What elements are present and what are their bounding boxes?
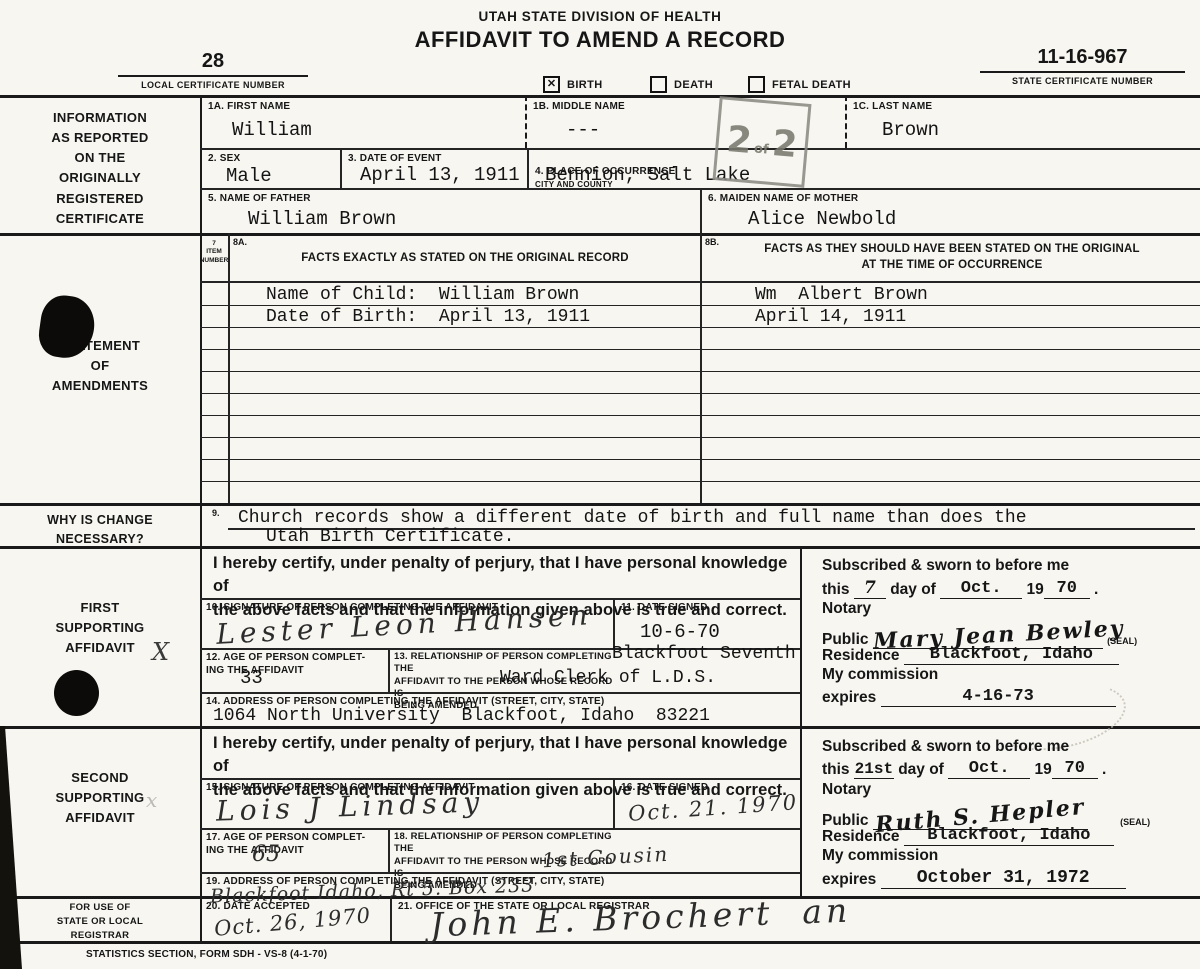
amendment-row: Name of Child: William Brown Wm Albert B… bbox=[200, 283, 1200, 306]
year-value: 70 bbox=[1057, 579, 1077, 598]
divider bbox=[0, 233, 1200, 236]
amendment-row bbox=[200, 459, 1200, 482]
residence-line: Residence Blackfoot, Idaho bbox=[822, 826, 1114, 846]
last-name-value: Brown bbox=[882, 119, 939, 141]
col-8a-header: FACTS EXACTLY AS STATED ON THE ORIGINAL … bbox=[240, 251, 690, 267]
residence-value: Blackfoot, Idaho bbox=[930, 645, 1093, 664]
section-label-amendments: STATEMENT OF AMENDMENTS bbox=[0, 336, 200, 396]
corrected-fact: April 14, 1911 bbox=[755, 307, 906, 327]
relationship-value-line1: Blackfoot Seventh bbox=[612, 644, 796, 664]
date-signed-label: 11. DATE SIGNED bbox=[621, 601, 708, 614]
expires-value: October 31, 1972 bbox=[917, 868, 1090, 888]
divider bbox=[200, 148, 1200, 150]
residence-blank: Blackfoot, Idaho bbox=[904, 645, 1119, 665]
residence-blank: Blackfoot, Idaho bbox=[904, 826, 1114, 846]
sex-value: Male bbox=[226, 165, 272, 187]
relationship-value-line2: Ward Clerk of L.D.S. bbox=[500, 668, 716, 688]
section-label-second-affidavit: SECOND SUPPORTING AFFIDAVIT bbox=[0, 768, 200, 828]
year-blank: 70 bbox=[1052, 759, 1098, 779]
residence-value: Blackfoot, Idaho bbox=[927, 826, 1090, 845]
divider bbox=[845, 95, 847, 148]
death-checkbox-icon bbox=[650, 76, 667, 93]
section-label-first-affidavit: FIRST SUPPORTING AFFIDAVIT bbox=[0, 598, 200, 658]
amendment-row bbox=[200, 481, 1200, 503]
divider bbox=[390, 896, 392, 941]
hole-punch bbox=[54, 670, 99, 716]
section-label-why-change: WHY IS CHANGE NECESSARY? bbox=[0, 511, 200, 550]
commission-word: My commission bbox=[822, 847, 938, 865]
why-change-line1: Church records show a different date of … bbox=[238, 508, 1027, 528]
expires-value: 4-16-73 bbox=[962, 687, 1033, 706]
divider bbox=[0, 896, 1200, 899]
last-name-label: 1C. LAST NAME bbox=[853, 100, 932, 113]
divider bbox=[388, 648, 390, 692]
original-fact: Name of Child: William Brown bbox=[266, 285, 579, 305]
state-certificate-number-block: 11-16-967 STATE CERTIFICATE NUMBER bbox=[980, 46, 1185, 86]
middle-name-value: --- bbox=[566, 119, 600, 141]
checkbox-fetal-death: FETAL DEATH bbox=[748, 76, 851, 93]
divider bbox=[388, 828, 390, 872]
age-label: 12. AGE OF PERSON COMPLET- ING THE AFFID… bbox=[206, 651, 381, 677]
divider bbox=[200, 828, 800, 830]
local-certificate-label: LOCAL CERTIFICATE NUMBER bbox=[118, 77, 308, 90]
divider bbox=[800, 546, 802, 896]
x-mark-faint: x bbox=[146, 788, 157, 812]
amendment-row bbox=[200, 371, 1200, 394]
sworn-date-line: this 21st day of Oct. 1970 . bbox=[822, 759, 1106, 779]
page-stamp-2of2: 2of2 bbox=[713, 96, 812, 188]
seal-note: (SEAL) bbox=[1120, 817, 1150, 827]
divider bbox=[0, 95, 1200, 98]
sworn-statement: Subscribed & sworn to before me bbox=[822, 738, 1069, 756]
day-blank: 21st bbox=[854, 760, 894, 779]
amendment-row: Date of Birth: April 13, 1911 April 14, … bbox=[200, 305, 1200, 328]
col-8a-number: 8A. bbox=[233, 237, 247, 247]
notary-word: Notary bbox=[822, 600, 871, 618]
amendment-row bbox=[200, 349, 1200, 372]
local-certificate-number-block: 28 LOCAL CERTIFICATE NUMBER bbox=[118, 50, 308, 90]
death-checkbox-label: DEATH bbox=[674, 79, 713, 91]
day-value: 21st bbox=[855, 760, 893, 778]
mother-name-value: Alice Newbold bbox=[748, 208, 896, 230]
expires-blank: 4-16-73 bbox=[881, 687, 1116, 707]
section-label-original-info: INFORMATION AS REPORTED ON THE ORIGINALL… bbox=[0, 108, 200, 229]
divider bbox=[525, 95, 527, 148]
first-name-label: 1A. FIRST NAME bbox=[208, 100, 290, 113]
date-of-event-value: April 13, 1911 bbox=[360, 164, 520, 186]
local-certificate-number: 28 bbox=[118, 50, 308, 77]
amendment-row bbox=[200, 415, 1200, 438]
father-name-value: William Brown bbox=[248, 208, 396, 230]
fetal-death-checkbox-label: FETAL DEATH bbox=[772, 79, 851, 91]
state-certificate-number: 11-16-967 bbox=[980, 46, 1185, 73]
x-mark: X bbox=[152, 638, 169, 666]
divider bbox=[700, 188, 702, 233]
day-value: 7 bbox=[864, 578, 876, 598]
address-value: 1064 North University Blackfoot, Idaho 8… bbox=[213, 706, 710, 726]
expires-blank: October 31, 1972 bbox=[881, 868, 1126, 889]
divider bbox=[613, 598, 615, 648]
residence-line: Residence Blackfoot, Idaho bbox=[822, 645, 1119, 665]
state-certificate-label: STATE CERTIFICATE NUMBER bbox=[980, 73, 1185, 86]
date-signed-label: 16. DATE SIGNED bbox=[621, 781, 708, 794]
notary-word: Notary bbox=[822, 781, 871, 799]
month-blank: Oct. bbox=[940, 579, 1022, 599]
year-value: 70 bbox=[1065, 759, 1085, 778]
checkbox-death: DEATH bbox=[650, 76, 713, 93]
divider bbox=[200, 598, 800, 600]
commission-word: My commission bbox=[822, 666, 938, 684]
checkbox-birth: ✕ BIRTH bbox=[543, 76, 603, 93]
month-value: Oct. bbox=[961, 579, 1002, 598]
father-name-label: 5. NAME OF FATHER bbox=[208, 192, 311, 205]
divider bbox=[200, 692, 800, 694]
amendment-row bbox=[200, 393, 1200, 416]
age-label: 17. AGE OF PERSON COMPLET- ING THE AFFID… bbox=[206, 831, 381, 857]
divider bbox=[200, 95, 202, 941]
divider bbox=[0, 503, 1200, 506]
age-value: 33 bbox=[240, 667, 263, 689]
month-value: Oct. bbox=[969, 759, 1010, 778]
divider bbox=[340, 148, 342, 188]
scanned-affidavit-form: UTAH STATE DIVISION OF HEALTH AFFIDAVIT … bbox=[0, 0, 1200, 969]
middle-name-label: 1B. MIDDLE NAME bbox=[533, 100, 625, 113]
first-name-value: William bbox=[232, 119, 312, 141]
divider bbox=[527, 148, 529, 188]
expires-line: expires 4-16-73 bbox=[822, 687, 1116, 707]
amendment-row bbox=[200, 327, 1200, 350]
fetal-death-checkbox-icon bbox=[748, 76, 765, 93]
item-9-number: 9. bbox=[212, 508, 220, 518]
registrar-signature: John E. Brochert an bbox=[429, 891, 851, 945]
sworn-statement: Subscribed & sworn to before me bbox=[822, 557, 1069, 575]
form-code: STATISTICS SECTION, FORM SDH - VS-8 (4-1… bbox=[86, 949, 327, 960]
age-handwritten: 65 bbox=[252, 842, 280, 867]
expires-line: expires October 31, 1972 bbox=[822, 868, 1126, 889]
sex-label: 2. SEX bbox=[208, 152, 240, 165]
birth-checkbox-label: BIRTH bbox=[567, 79, 603, 91]
corrected-fact: Wm Albert Brown bbox=[755, 285, 928, 305]
divider bbox=[200, 872, 800, 874]
sworn-date-line: this 7 day of Oct. 1970 . bbox=[822, 578, 1098, 599]
original-fact: Date of Birth: April 13, 1911 bbox=[266, 307, 590, 327]
divider bbox=[200, 778, 800, 780]
month-blank: Oct. bbox=[948, 759, 1030, 779]
year-blank: 70 bbox=[1044, 579, 1090, 599]
why-change-line2: Utah Birth Certificate. bbox=[266, 527, 514, 547]
birth-checkbox-icon: ✕ bbox=[543, 76, 560, 93]
mother-name-label: 6. MAIDEN NAME OF MOTHER bbox=[708, 192, 858, 205]
date-signed-value: 10-6-70 bbox=[640, 621, 720, 643]
day-blank: 7 bbox=[854, 578, 886, 599]
agency-name: UTAH STATE DIVISION OF HEALTH bbox=[0, 9, 1200, 24]
divider bbox=[613, 778, 615, 828]
col-8b-header: FACTS AS THEY SHOULD HAVE BEEN STATED ON… bbox=[712, 242, 1192, 273]
section-label-registrar-use: FOR USE OF STATE OR LOCAL REGISTRAR bbox=[0, 901, 200, 942]
item-number-column-label: 7 ITEM NUMBER bbox=[198, 240, 230, 265]
amendment-row bbox=[200, 437, 1200, 460]
